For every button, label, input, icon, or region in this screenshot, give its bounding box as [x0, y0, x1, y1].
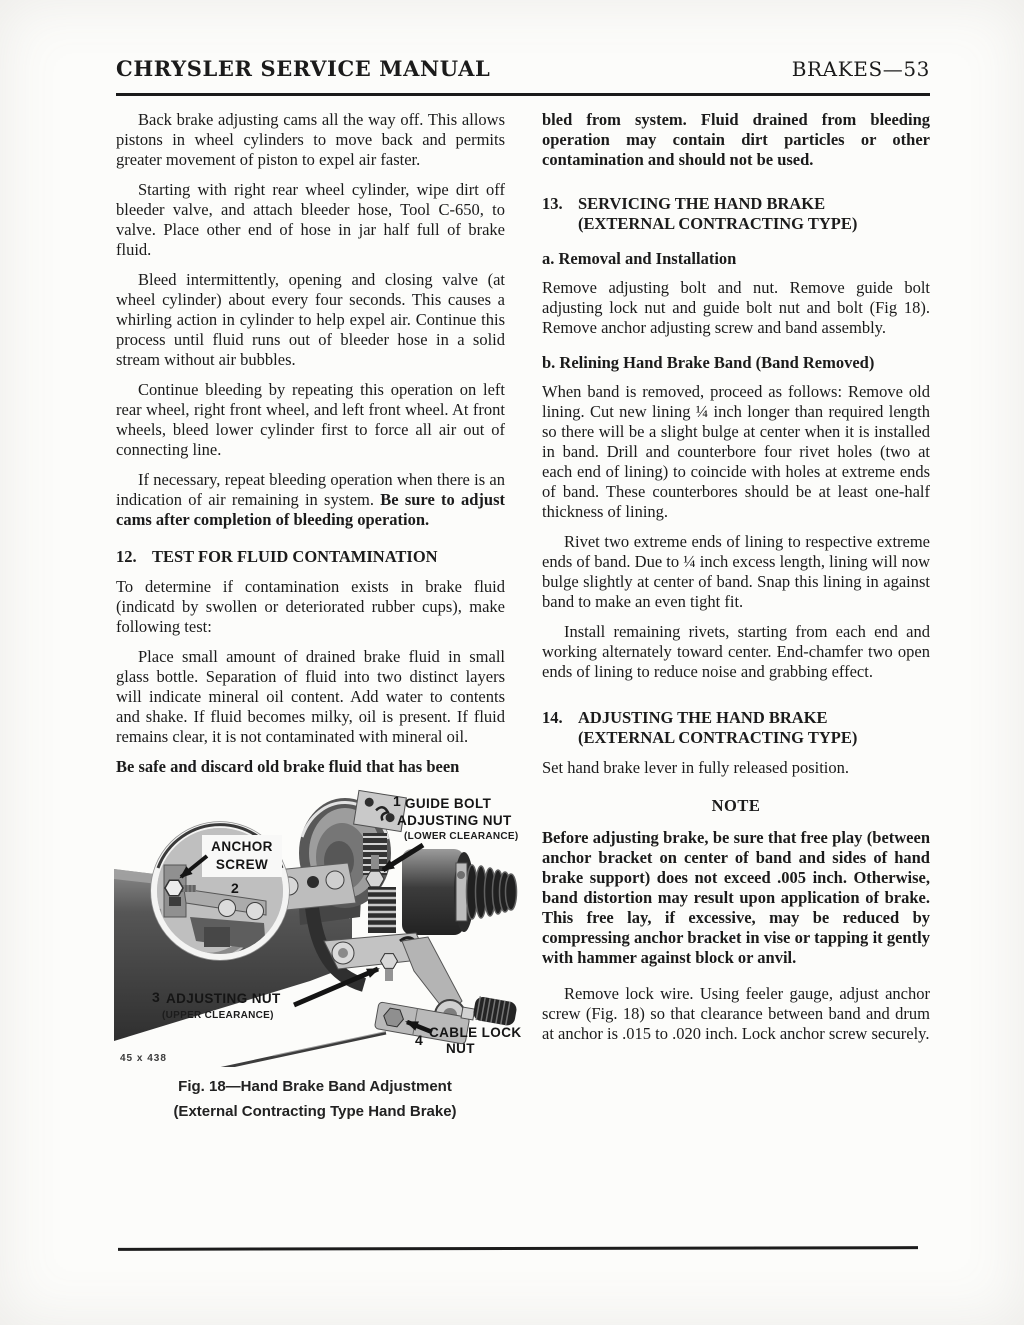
section-heading-12: 12. TEST FOR FLUID CONTAMINATION [116, 547, 505, 567]
figure-callout-adjusting-nut-line2: (UPPER CLEARANCE) [162, 1010, 274, 1021]
section-number: 14. [542, 708, 578, 748]
cable-bellows-illustration [467, 865, 517, 919]
figure-callout-guide-bolt-line3: (LOWER CLEARANCE) [404, 831, 519, 842]
two-column-body: Back brake adjusting cams all the way of… [116, 110, 930, 1124]
figure-callout-cable-lock-line2: NUT [446, 1041, 475, 1056]
section-number: 13. [542, 194, 578, 234]
paragraph: To determine if contamination exists in … [116, 577, 505, 637]
hand-brake-photo: ANCHOR SCREW 2 1 GUIDE BOLT ADJUSTING NU… [114, 789, 536, 1067]
section-title-line2: (EXTERNAL CONTRACTING TYPE) [578, 728, 857, 748]
paragraph: Remove lock wire. Using feeler gauge, ad… [542, 984, 930, 1044]
paragraph: Place small amount of drained brake flui… [116, 647, 505, 747]
figure-caption: Fig. 18—Hand Brake Band Adjustment (Exte… [114, 1074, 516, 1124]
section-heading-14: 14. ADJUSTING THE HAND BRAKE (EXTERNAL C… [542, 708, 930, 748]
paragraph-bold: Before adjusting brake, be sure that fre… [542, 828, 930, 968]
figure-callout-number-4: 4 [415, 1032, 423, 1048]
figure-callout-anchor-screw-line1: ANCHOR [211, 839, 273, 854]
paragraph-bold: Be safe and discard old brake fluid that… [116, 757, 505, 777]
note-heading: NOTE [542, 796, 930, 816]
paragraph: Continue bleeding by repeating this oper… [116, 380, 505, 460]
paragraph: Install remaining rivets, starting from … [542, 622, 930, 682]
power-cylinder-illustration [402, 849, 474, 935]
figure-caption-line1: Fig. 18—Hand Brake Band Adjustment [114, 1074, 516, 1099]
paragraph: Rivet two extreme ends of lining to resp… [542, 532, 930, 612]
figure-18: ANCHOR SCREW 2 1 GUIDE BOLT ADJUSTING NU… [114, 789, 536, 1124]
paragraph: If necessary, repeat bleeding operation … [116, 470, 505, 530]
left-column: Back brake adjusting cams all the way of… [116, 110, 505, 1124]
section-number: 12. [116, 547, 152, 567]
section-heading-13: 13. SERVICING THE HAND BRAKE (EXTERNAL C… [542, 194, 930, 234]
page-header: CHRYSLER SERVICE MANUAL BRAKES—53 [116, 56, 930, 81]
section-title-line1: SERVICING THE HAND BRAKE [578, 194, 857, 214]
paragraph: Remove adjusting bolt and nut. Remove gu… [542, 278, 930, 338]
paragraph: Set hand brake lever in fully released p… [542, 758, 930, 778]
figure-callout-number-1: 1 [393, 793, 401, 809]
figure-callout-guide-bolt-line1: GUIDE BOLT [405, 796, 492, 811]
manual-page: CHRYSLER SERVICE MANUAL BRAKES—53 Back b… [0, 0, 1024, 1325]
figure-callout-number-2: 2 [231, 880, 239, 896]
paragraph-bold: bled from system. Fluid drained from ble… [542, 110, 930, 170]
paragraph: When band is removed, proceed as follows… [542, 382, 930, 522]
paragraph: Bleed intermittently, opening and closin… [116, 270, 505, 370]
figure-callout-number-3: 3 [152, 989, 160, 1005]
section-title-line1: ADJUSTING THE HAND BRAKE [578, 708, 857, 728]
header-rule [116, 93, 930, 96]
paragraph: Back brake adjusting cams all the way of… [116, 110, 505, 170]
paragraph: Starting with right rear wheel cylinder,… [116, 180, 505, 260]
subsection-heading-a: a. Removal and Installation [542, 249, 930, 269]
footer-rule [118, 1246, 918, 1251]
figure-callout-guide-bolt-line2: ADJUSTING NUT [397, 813, 512, 828]
right-column: bled from system. Fluid drained from ble… [542, 110, 930, 1124]
photo-id-label: 45 x 438 [120, 1053, 167, 1064]
subsection-heading-b: b. Relining Hand Brake Band (Band Remove… [542, 353, 930, 373]
section-title: TEST FOR FLUID CONTAMINATION [152, 547, 438, 567]
return-springs-illustration [363, 833, 396, 933]
figure-callout-adjusting-nut-line1: ADJUSTING NUT [166, 991, 281, 1006]
figure-callout-cable-lock-line1: CABLE LOCK [429, 1025, 522, 1040]
chapter-page-number: BRAKES—53 [792, 57, 930, 81]
manual-title: CHRYSLER SERVICE MANUAL [116, 56, 490, 81]
figure-caption-line2: (External Contracting Type Hand Brake) [114, 1099, 516, 1124]
figure-callout-anchor-screw-line2: SCREW [216, 857, 268, 872]
section-title-line2: (EXTERNAL CONTRACTING TYPE) [578, 214, 857, 234]
